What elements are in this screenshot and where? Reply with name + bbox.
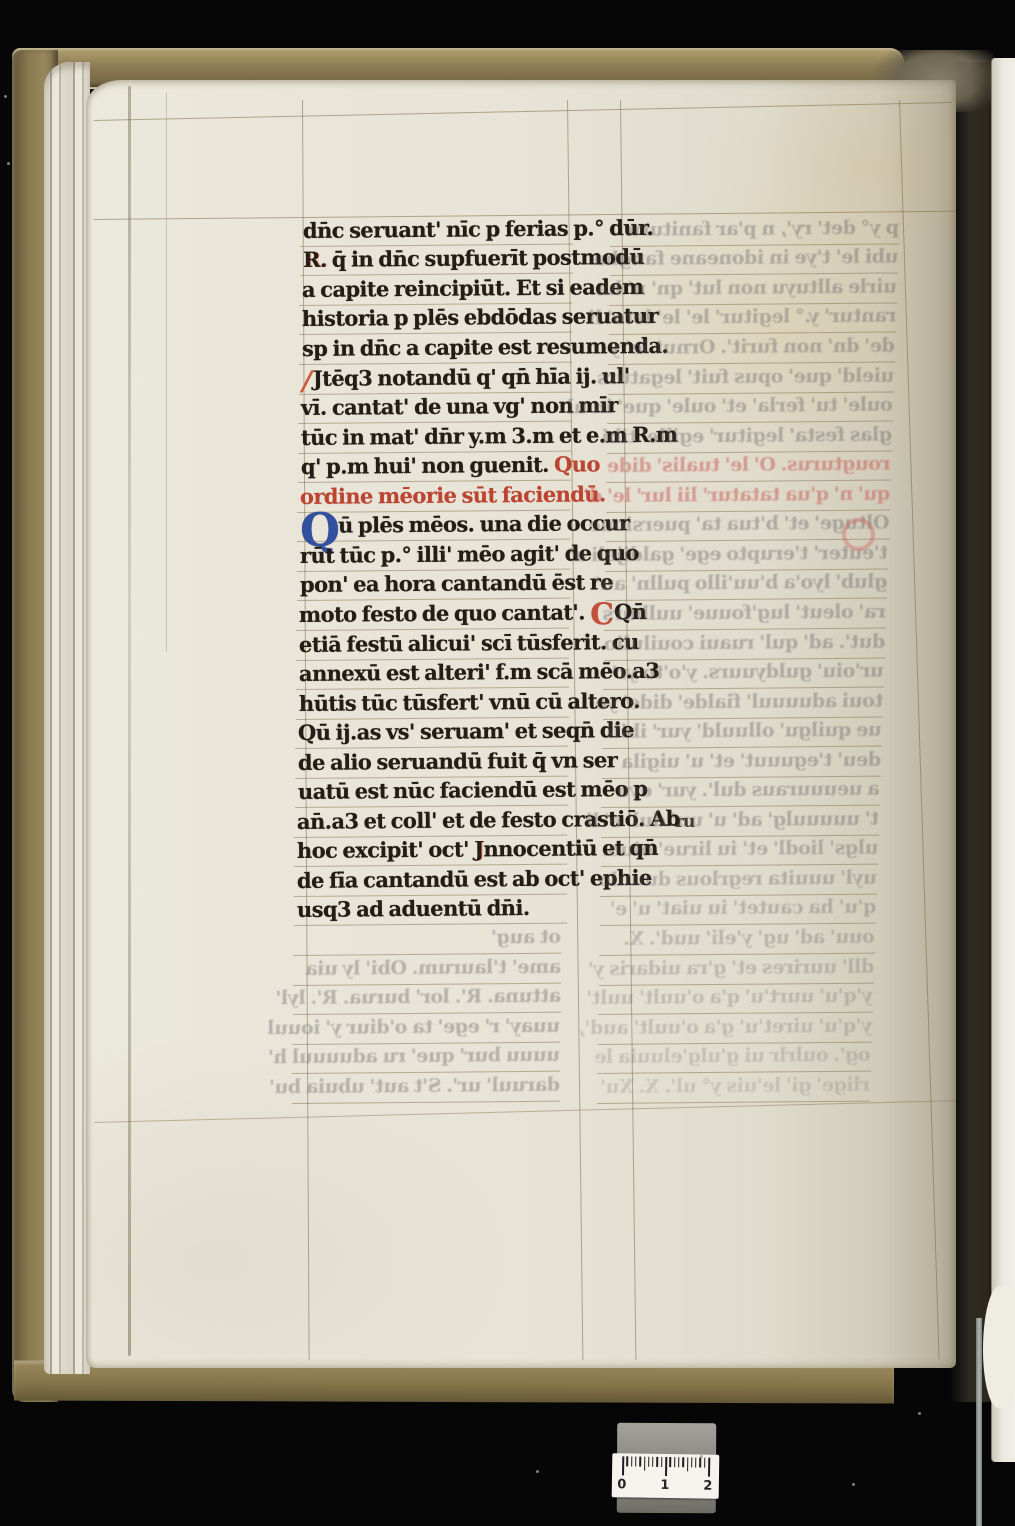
showthrough-line: ulgs' liodl' et' iu lirue' oiuo. bbox=[600, 834, 878, 867]
showthrough-line: glas festa' legitur' egille' tibi bbox=[607, 420, 892, 453]
showthrough-text: q'u' ha cautet' iu uiat' u' e' bbox=[600, 893, 877, 924]
showthrough-text: qu' n' q'ua tatatur' lii lur' le' d' bbox=[606, 479, 890, 510]
ink-text: de alio seruandū fuit q̄ vn ser bbox=[298, 747, 617, 775]
showthrough-text: glas festa' legitur' egille' tibi bbox=[607, 420, 892, 451]
showthrough-line: dut'. ad' qul' ruaui couilulio bbox=[604, 627, 886, 660]
showthrough-line: uyl' uuuita regrlous duuulo bbox=[600, 863, 877, 896]
showthrough-line: dll' uurires et' g'ra uidaris y' bbox=[599, 952, 875, 985]
manuscript-text-line: annexū est alteri' f.m scā mēo.a3 bbox=[296, 657, 569, 690]
ruler-tick bbox=[648, 1457, 650, 1467]
showthrough-text: uyl' uuuita regrlous duuulo bbox=[600, 863, 877, 894]
showthrough-text: uield' que' opus fuit' legaturs bbox=[608, 361, 894, 392]
manuscript-text-line: uatū est nūc faciendū est mēo p bbox=[295, 775, 568, 808]
manuscript-text-line: vī. cantat' de una vg' non mīr bbox=[298, 391, 571, 424]
showthrough-line: rlige' gi' le'uis y° ul'. X. Xu' bbox=[597, 1070, 870, 1103]
ruler-tick bbox=[665, 1457, 667, 1476]
manuscript-text-line: rūt tūc p.° illi' mēo agit' de quo bbox=[297, 538, 570, 571]
showthrough-text: ouu' ad' ug' y'eli' uud'. X. bbox=[599, 923, 875, 954]
ruler-label: 0 bbox=[617, 1477, 626, 1492]
showthrough-line: oule' tu' ferla' et' oule' que' in ul bbox=[607, 391, 893, 424]
dust-speck bbox=[700, 1455, 703, 1458]
showthrough-line: uuay' r' ege' ta o'diur y' iouul bbox=[292, 1011, 560, 1044]
showthrough-text: t' uuuuulg' ad' u' uu' dul' e' li bbox=[601, 804, 879, 835]
showthrough-text: attuna. R'. lor' burua. R'. lyl' bbox=[293, 982, 561, 1013]
ruler-tick bbox=[678, 1457, 680, 1467]
showthrough-text: toui aduuuul' fialde' dide' ye bbox=[603, 686, 883, 717]
ink-text: R. bbox=[303, 247, 327, 272]
showthrough-line: y'q'u' uiret'u' g'a o'uult' aud', bbox=[598, 1011, 872, 1044]
showthrough-text: glub' lyo'a b'uu'illo pulln' au' bbox=[604, 568, 887, 599]
ruler-tick bbox=[687, 1457, 689, 1471]
manuscript-text-line: hūtis tūc tūsfert' vnū cū altero. bbox=[295, 686, 568, 719]
ink-text: hoc excipit' oct' bbox=[297, 837, 474, 864]
manuscript-text-line: tūc in mat' dn̄r y.m 3.m et e.m R.m bbox=[298, 420, 571, 453]
showthrough-line: uuuu bur' que' ru aduuuul h' bbox=[292, 1041, 560, 1074]
ink-text: Qū ij.as vs' seruam' et seqn̄ die bbox=[298, 717, 634, 745]
leaf-edge-stack bbox=[44, 62, 90, 1374]
rubric-text: ordine mēorie sūt faciendū. bbox=[300, 481, 606, 509]
manuscript-text-line: dn̄c seruant' nīc p ferias p.° dūr. bbox=[300, 213, 573, 246]
ink-text: moto festo de quo cantat'. bbox=[299, 599, 590, 627]
showthrough-line: a ueuuuraus dul'. yur' eyu bbox=[601, 775, 880, 808]
ruler-tick bbox=[691, 1457, 693, 1467]
showthrough-line: de' dn' non furit'. Ornut le' y bbox=[608, 331, 895, 364]
showthrough-line: y'q'u' uurt'u' q'a o'uult' uult' bbox=[598, 982, 873, 1015]
ruler-tick bbox=[695, 1457, 697, 1467]
showthrough-line: t' uuuuulg' ad' u' uu' dul' e' li bbox=[601, 804, 879, 837]
manuscript-text-line: moto festo de quo cantat'. CQn̄ bbox=[296, 598, 569, 631]
showthrough-text: ue quilgu' olluuld' yur' ibili bbox=[602, 716, 882, 747]
showthrough-line: glub' lyo'a b'uu'illo pulln' au' bbox=[604, 568, 887, 601]
showthrough-line: og'. oulrlr ui g'ulg'eluuia le bbox=[597, 1041, 871, 1074]
ruler-tick bbox=[644, 1457, 646, 1471]
manuscript-text-line: Qū plēs mēos. una die occur bbox=[297, 509, 570, 542]
gutter-crease-shadow bbox=[950, 62, 996, 1402]
showthrough-text: ame' t'laurum. Obi' ly uia bbox=[293, 952, 561, 983]
showthrough-text: uirle alltuyu non lut' qn' n' ha bbox=[609, 272, 897, 304]
ruler-tick bbox=[639, 1457, 641, 1467]
showthrough-text: ubi le' t'ye in idoneane fangha bbox=[609, 243, 898, 275]
ink-text: Jtēq3 notandū q' qn̄ hīa ij. ul' bbox=[312, 363, 629, 391]
ink-text: pon' ea hora cantandū ēst re bbox=[300, 570, 613, 598]
manuscript-text-line: ordine mēorie sūt faciendū. bbox=[297, 479, 570, 512]
showthrough-text: uuay' r' ege' ta o'diur y' iouul bbox=[292, 1011, 560, 1042]
showthrough-text: de' dn' non furit'. Ornut le' y bbox=[608, 331, 895, 363]
ink-text: a capite reincipiūt. Et si eadem bbox=[302, 274, 644, 302]
showthrough-line: daruul' ur'. S't aut' ubuia bu' bbox=[292, 1070, 560, 1103]
scale-bar-cm-ruler: 012 bbox=[612, 1453, 720, 1499]
under-leaf-edge bbox=[166, 92, 167, 652]
showthrough-text: y'q'u' uurt'u' q'a o'uult' uult' bbox=[598, 982, 873, 1013]
dust-speck bbox=[918, 1412, 921, 1415]
facing-page-bulge bbox=[983, 1286, 1015, 1408]
page-left-seam bbox=[128, 86, 131, 1356]
showthrough-line: uirle alltuyu non lut' qn' n' ha bbox=[609, 272, 897, 305]
manuscript-text-line: sp in dn̄c a capite est resumenda. bbox=[299, 332, 572, 365]
showthrough-text: ur'oiu' guldyuurs. y'o'to yr' bbox=[603, 657, 884, 688]
ink-offset-blot: ru bbox=[675, 812, 694, 832]
showthrough-line: attuna. R'. lor' burua. R'. lyl' bbox=[293, 982, 561, 1015]
ruler-tick bbox=[682, 1457, 684, 1467]
showthrough-text: ulgs' liodl' et' iu lirue' oiuo. bbox=[600, 834, 878, 865]
showthrough-line: uield' que' opus fuit' legaturs bbox=[608, 361, 895, 394]
ruler-tick bbox=[674, 1457, 676, 1467]
showthrough-line: deu' t'eguuut' et' u' uigila bbox=[602, 745, 881, 778]
dust-speck bbox=[7, 162, 10, 165]
manuscript-text-line: pon' ea hora cantandū ēst re bbox=[296, 568, 569, 601]
showthrough-line: rougturus. O' le' tualis' dide bbox=[606, 450, 891, 483]
manuscript-text-line: hoc excipit' oct' Jnnocentiū et qn̄ bbox=[294, 834, 567, 867]
showthrough-line: ur'oiu' guldyuurs. y'o'to yr' bbox=[603, 657, 884, 690]
ink-text: q' p.m hui' non guenit. bbox=[301, 452, 554, 479]
showthrough-text: a ueuuuraus dul'. yur' eyu bbox=[601, 775, 880, 806]
manuscript-text-line: historia p plēs ebdōdas seruatur bbox=[299, 302, 572, 335]
ink-text: ū plēs mēos. una die occur bbox=[338, 510, 630, 538]
manuscript-text-line: usq3 ad aduentū dn̄i. bbox=[293, 893, 566, 926]
manuscript-text-line: ∕Jtēq3 notandū q' qn̄ hīa ij. ul' bbox=[298, 361, 571, 394]
facing-page-edge bbox=[991, 58, 1015, 1462]
rubric-text: Quo bbox=[554, 452, 600, 477]
ruler-tick bbox=[700, 1458, 702, 1468]
dust-speck bbox=[4, 95, 7, 98]
showthrough-text: oule' tu' ferla' et' oule' que' in ul bbox=[607, 391, 893, 422]
showthrough-line: toui aduuuul' fialde' dide' ye bbox=[603, 686, 883, 719]
cradle-strap bbox=[976, 1318, 982, 1526]
showthrough-line: ot aug' bbox=[293, 923, 561, 956]
rubric-text: ∕ bbox=[299, 366, 315, 395]
showthrough-line: p y° det' ry', n p'ar fanituru bbox=[610, 213, 899, 246]
showthrough-text: ra' oleut' lug'fouue' uulburs bbox=[604, 597, 886, 628]
ink-text: usq3 ad aduentū dn̄i. bbox=[296, 895, 529, 922]
showthrough-line: ra' oleut' lug'fouue' uulburs bbox=[604, 597, 886, 630]
showthrough-text: deu' t'eguuut' et' u' uigila bbox=[602, 745, 881, 776]
manuscript-text-line: Qū ij.as vs' seruam' et seqn̄ die bbox=[295, 716, 568, 749]
showthrough-text: rantur' y.° legitur' le' le' leto' li bbox=[609, 302, 897, 334]
showthrough-text: y'q'u' uiret'u' g'a o'uult' aud', bbox=[598, 1011, 872, 1042]
showthrough-text: uuuu bur' que' ru aduuuul h' bbox=[292, 1041, 560, 1072]
showthrough-line: ouu' ad' ug' y'eli' uud'. X. bbox=[599, 923, 875, 956]
ink-text: hūtis tūc tūsfert' vnū cū altero. bbox=[298, 688, 639, 716]
ink-text: uatū est nūc faciendū est mēo p bbox=[298, 776, 648, 804]
showthrough-line: ue quilgu' olluuld' yur' ibili bbox=[602, 716, 882, 749]
ruler-tick bbox=[669, 1457, 671, 1467]
showthrough-text: p y° det' ry', n p'ar fanituru bbox=[610, 213, 899, 245]
ruler-tick bbox=[708, 1458, 710, 1477]
dust-speck bbox=[536, 1470, 539, 1473]
showthrough-line: rantur' y.° legitur' le' le' leto' li bbox=[609, 302, 897, 335]
showthrough-text: og'. oulrlr ui g'ulg'eluuia le bbox=[597, 1041, 871, 1072]
showthrough-text: dll' uurires et' g'ra uidaris y' bbox=[599, 952, 874, 983]
manuscript-text-line: de alio seruandū fuit q̄ vn ser bbox=[295, 745, 568, 778]
manuscript-text-line: R. q̄ in dn̄c supfuerīt postmodū bbox=[300, 243, 573, 276]
photo-black-background: dn̄c seruant' nīc p ferias p.° dūr.R. … bbox=[0, 0, 1015, 1526]
ruler-tick bbox=[626, 1456, 628, 1466]
ruler-tick bbox=[657, 1457, 659, 1467]
ruler-tick bbox=[661, 1457, 663, 1467]
showthrough-text: ot aug' bbox=[293, 923, 561, 954]
ink-text: etiā festū alicui' scī tūsferit. cu bbox=[299, 629, 639, 657]
ruler-tick bbox=[704, 1458, 706, 1468]
ruler-tick bbox=[622, 1456, 624, 1475]
showthrough-text: rougturus. O' le' tualis' dide bbox=[606, 450, 891, 481]
manuscript-text-line: a capite reincipiūt. Et si eadem bbox=[299, 273, 572, 306]
ink-text: dn̄c seruant' nīc p ferias p.° dūr. bbox=[303, 215, 653, 243]
showthrough-text: daruul' ur'. S't aut' ubuia bu' bbox=[292, 1070, 560, 1101]
ruler-tick bbox=[635, 1457, 637, 1467]
ruler-label: 2 bbox=[703, 1479, 712, 1494]
showthrough-text: dut'. ad' qul' ruaui couilulio bbox=[604, 627, 886, 658]
manuscript-text-line: an̄.a3 et coll' et de festo crastiō. Ab bbox=[294, 804, 567, 837]
showthrough-line: qu' n' q'ua tatatur' lii lur' le' d' bbox=[606, 479, 890, 512]
showthrough-line: q'u' ha cautet' iu uiat' u' e' bbox=[600, 893, 877, 926]
ruler-tick bbox=[652, 1457, 654, 1467]
manuscript-text-line: q' p.m hui' non guenit. Quo bbox=[298, 450, 571, 483]
showthrough-red-initial-ring bbox=[842, 518, 875, 551]
manuscript-text-line: etiā festū alicui' scī tūsferit. cu bbox=[296, 627, 569, 660]
manuscript-text-line: de fīa cantandū est ab oct' ephie bbox=[294, 864, 567, 897]
dust-speck bbox=[852, 1483, 855, 1486]
showthrough-line: ame' t'laurum. Obi' ly uia bbox=[293, 952, 561, 985]
ruler-tick bbox=[631, 1456, 633, 1466]
showthrough-text: rlige' gi' le'uis y° ul'. X. Xu' bbox=[597, 1070, 870, 1101]
ruler-label: 1 bbox=[660, 1478, 669, 1493]
showthrough-line: ubi le' t'ye in idoneane fangha bbox=[609, 243, 898, 276]
